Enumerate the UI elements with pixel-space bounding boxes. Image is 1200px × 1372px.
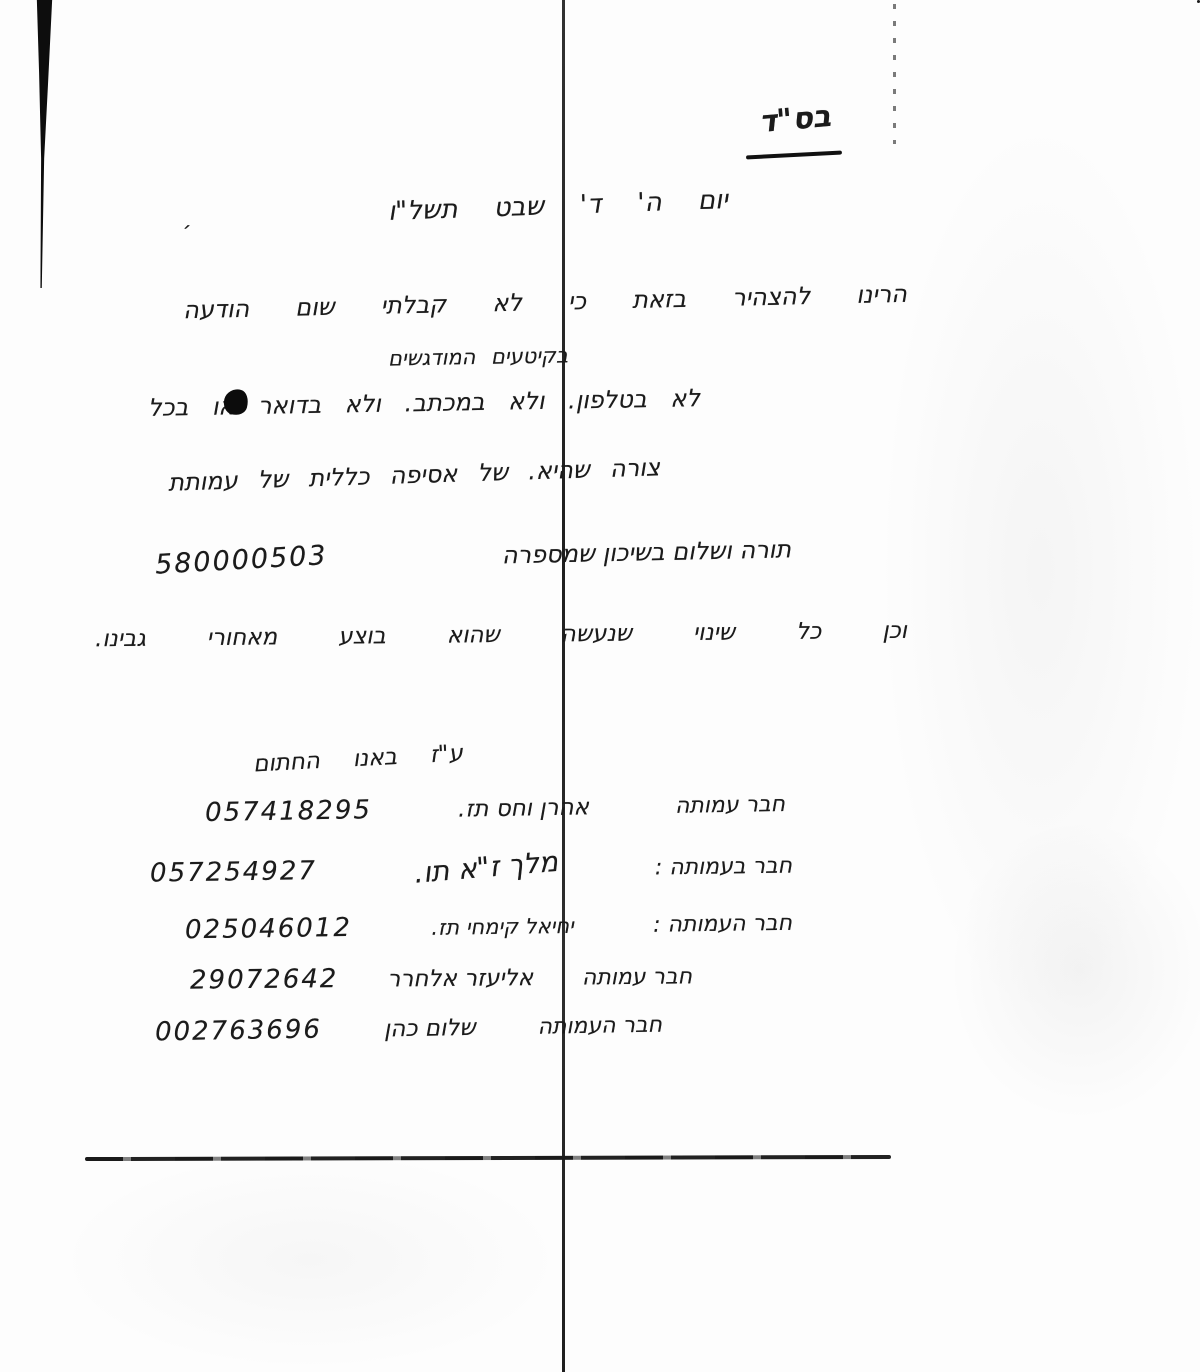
- signature-name: שלום כהן: [384, 1015, 476, 1043]
- body-line-4: צורה שהיא. של אסיפה כללית של עמותת: [168, 454, 661, 496]
- signature-id-number: 025046012: [185, 913, 352, 945]
- scanned-document-page: בס"ד יום ה' ד' שבט תשל"ו ׳ הרינו להצהיר …: [0, 0, 1200, 1372]
- date-line: יום ה' ד' שבט תשל"ו: [388, 186, 729, 226]
- body-line-5: תורה ושלום בשיכון שמספרה 580000503: [155, 534, 791, 577]
- signature-row: חבר העמותה שלום כהן 002763696: [155, 1009, 662, 1048]
- signature-name: אליעזר אלחרר: [387, 965, 533, 993]
- header-mark-besd: בס"ד: [751, 99, 840, 139]
- signature-name: יחיאל קימחי תז.: [431, 914, 574, 940]
- signature-id-number: 057254927: [150, 856, 317, 888]
- paper-smudge: [950, 820, 1200, 1120]
- signature-role: חבר העמותה :: [653, 911, 792, 938]
- signature-role: חבר בעמותה :: [655, 854, 793, 881]
- signature-role: חבר עמותה: [582, 964, 692, 990]
- signature-id-number: 29072642: [190, 964, 339, 996]
- signature-id-number: 057418295: [205, 795, 372, 828]
- body-line-2: בקיטעים המודגשים: [388, 344, 568, 370]
- body-line-1: הרינו להצהיר בזאת כי לא קבלתי שום הודעה: [183, 281, 907, 324]
- signature-row: חבר עמותה אליעזר אלחרר 29072642: [190, 960, 692, 995]
- horizontal-rule: [85, 1155, 891, 1161]
- header-underline: [746, 150, 842, 159]
- association-name-text: תורה ושלום בשיכון שמספרה: [502, 536, 792, 568]
- body-line-6: וכן כל שינוי שנעשה שהוא בוצע מאחורי גבינ…: [95, 619, 907, 653]
- closing-line: ע"ז באנו החתום: [252, 742, 463, 778]
- signature-id-number: 002763696: [155, 1015, 322, 1048]
- signature-name: אהרן וחס תז.: [458, 794, 589, 822]
- signature-name: מלך ז"א תו.: [413, 845, 559, 890]
- signature-role: חבר העמותה: [537, 1013, 662, 1040]
- stray-pen-mark: ׳: [180, 217, 193, 243]
- association-registration-number: 580000503: [154, 541, 328, 580]
- scan-edge-artifact: [36, 0, 53, 288]
- paper-smudge: [880, 120, 1200, 1020]
- paper-smudge: [60, 1150, 560, 1370]
- perforation-marks: [893, 4, 896, 144]
- signature-row: חבר בעמותה : מלך ז"א תו. 057254927: [150, 847, 792, 889]
- signature-row: חבר העמותה : יחיאל קימחי תז. 025046012: [185, 907, 792, 945]
- signature-role: חבר עמותה: [675, 792, 785, 819]
- signature-row: חבר עמותה אהרן וחס תז. 057418295: [205, 788, 785, 828]
